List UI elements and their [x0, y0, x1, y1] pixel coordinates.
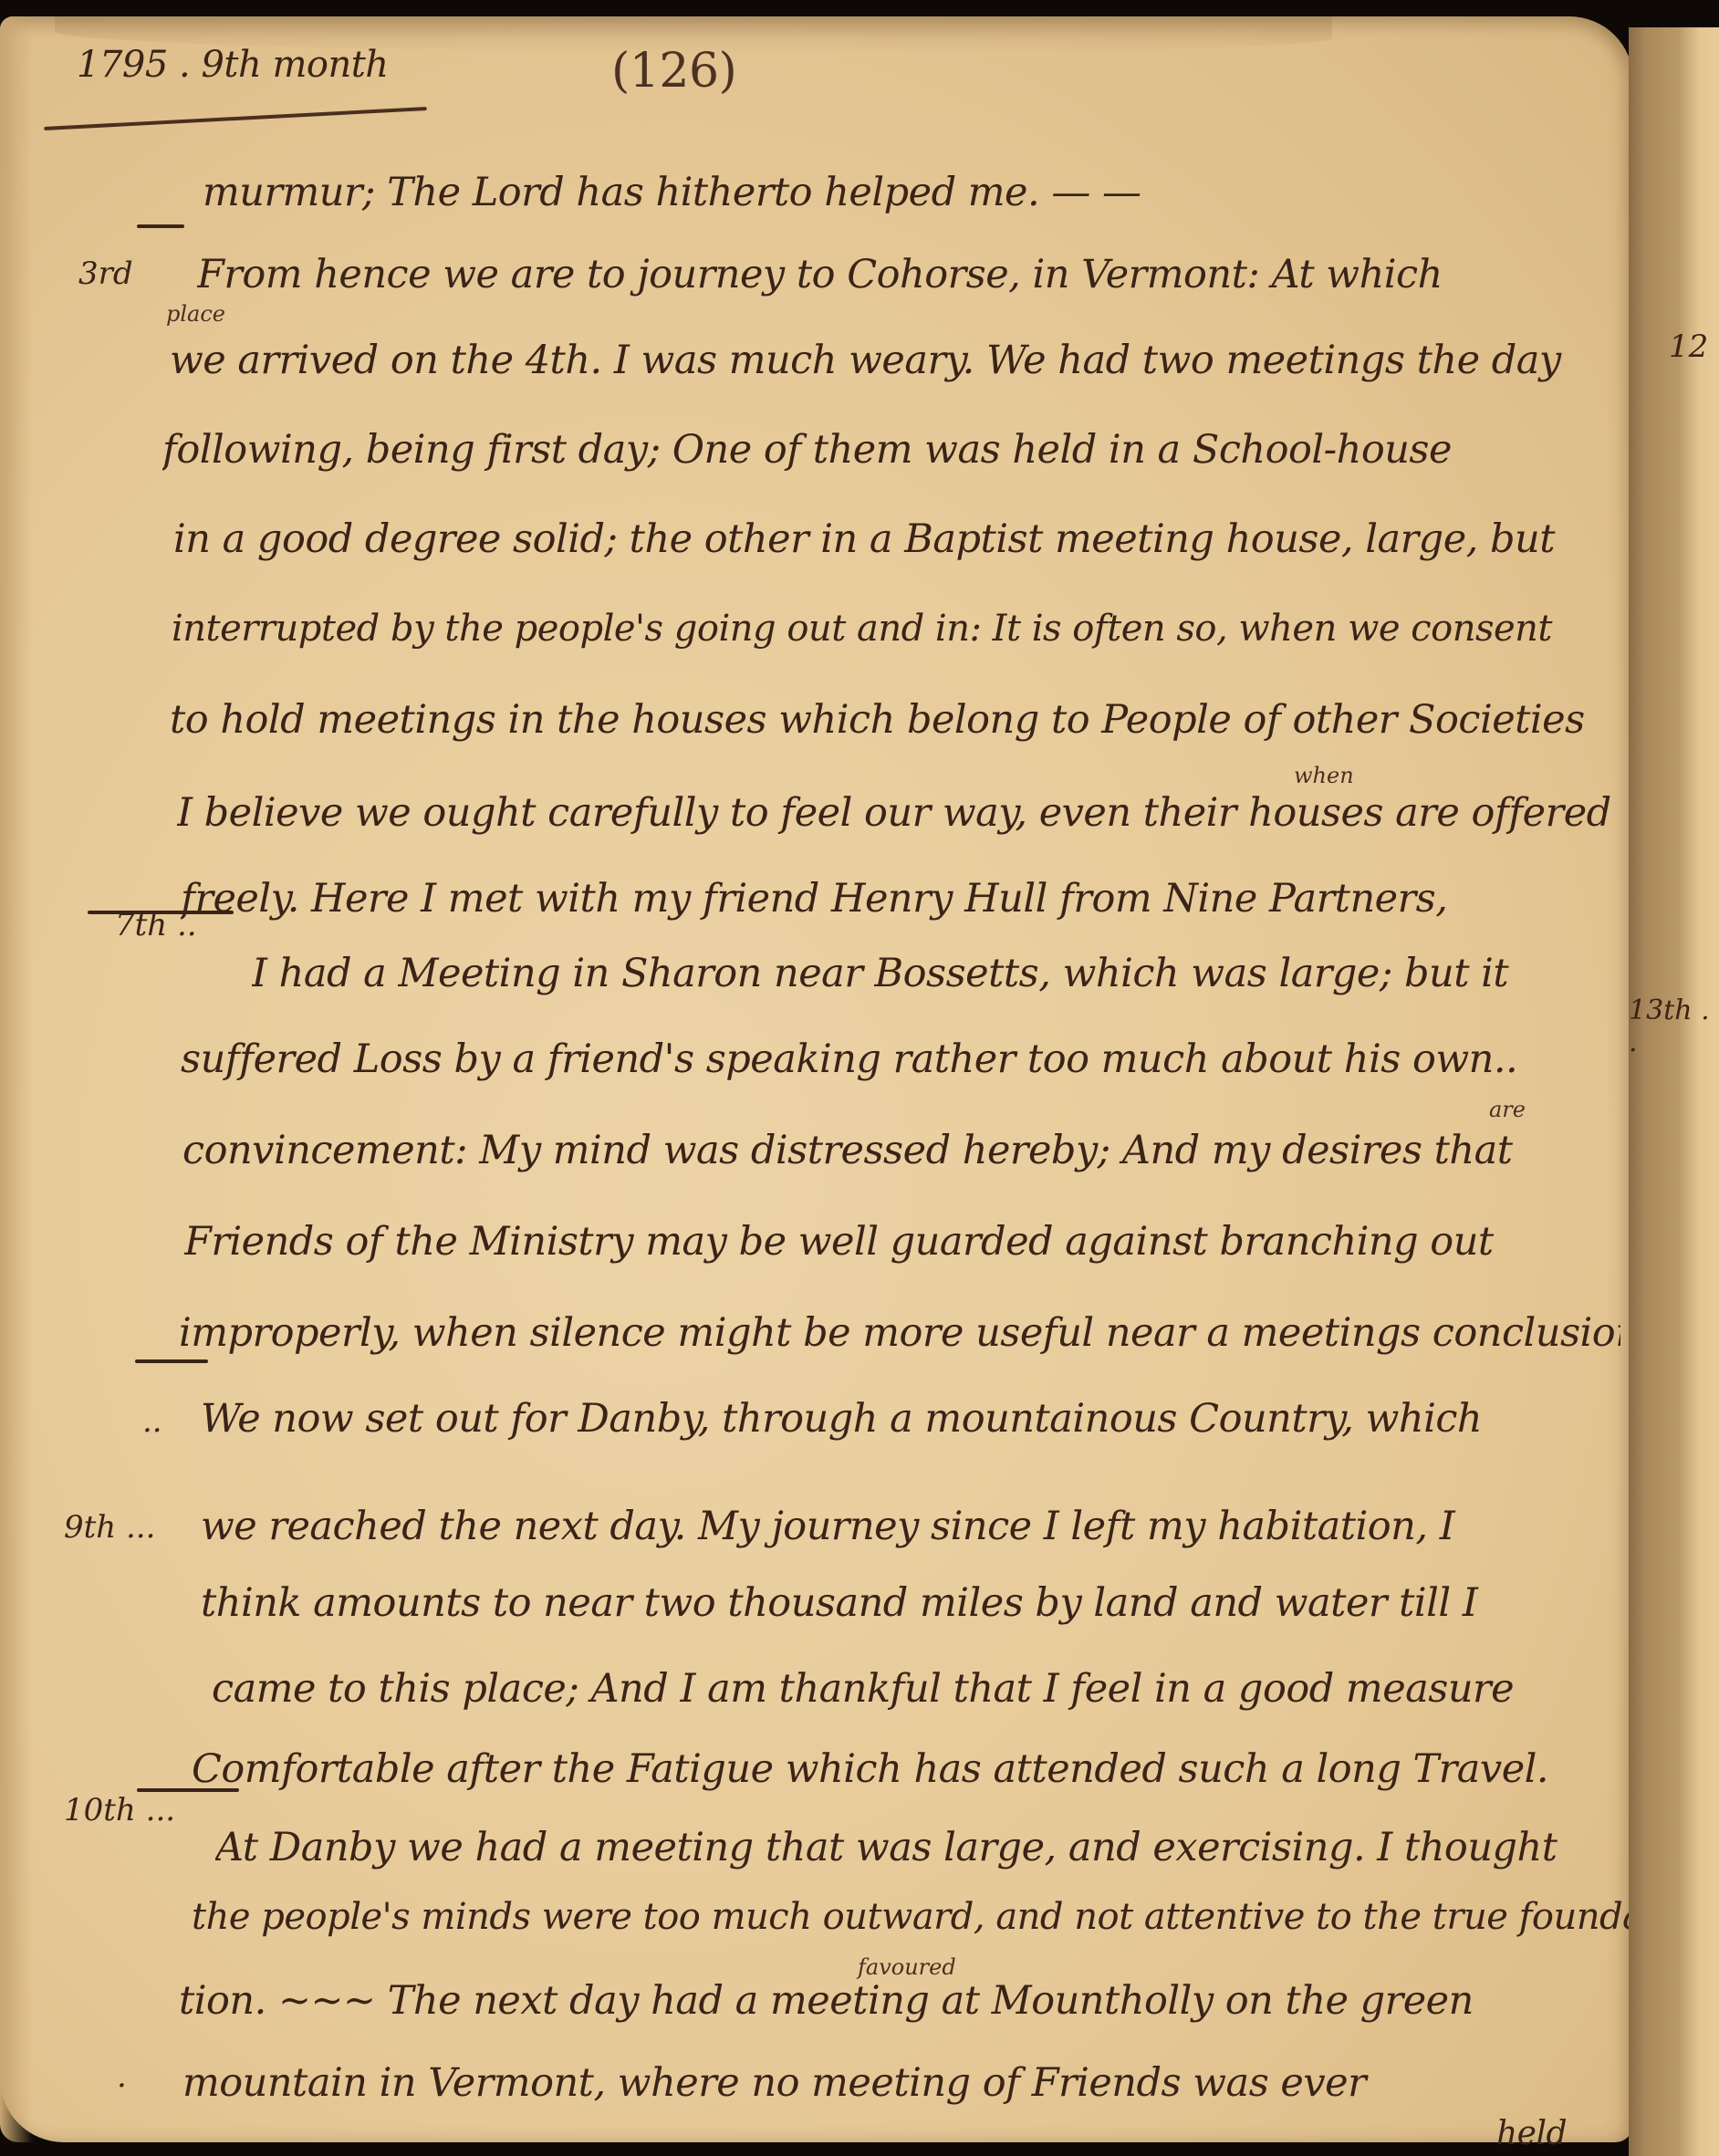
manuscript-line: in a good degree solid; the other in a B…	[173, 516, 1615, 562]
manuscript-line: murmur; The Lord has hitherto helped me.…	[203, 170, 1644, 215]
manuscript-line: the people's minds were too much outward…	[192, 1896, 1633, 1938]
manuscript-line: At Danby we had a meeting that was large…	[215, 1825, 1657, 1870]
entry-separator	[137, 224, 184, 228]
margin-date: ..	[142, 1403, 162, 1440]
manuscript-line: came to this place; And I am thankful th…	[212, 1666, 1653, 1712]
adjacent-margin-date: 13th . .	[1629, 995, 1719, 1058]
manuscript-line: interrupted by the people's going out an…	[172, 608, 1613, 650]
page-number: (126)	[611, 44, 736, 99]
manuscript-line: Comfortable after the Fatigue which has …	[192, 1746, 1633, 1792]
manuscript-line: following, being first day; One of them …	[162, 427, 1604, 473]
entry-separator	[135, 1359, 208, 1363]
interlinear-insertion: favoured	[858, 1954, 956, 1980]
manuscript-line: From hence we are to journey to Cohorse,…	[197, 252, 1639, 297]
manuscript-line: we reached the next day. My journey sinc…	[201, 1504, 1642, 1549]
margin-date: 9th ...	[64, 1509, 155, 1546]
interlinear-insertion: are	[1489, 1097, 1526, 1122]
manuscript-line: held	[1496, 2115, 1606, 2152]
interlinear-insertion: place	[166, 301, 225, 327]
manuscript-line: improperly, when silence might be more u…	[179, 1310, 1620, 1356]
manuscript-line: Friends of the Ministry may be well guar…	[184, 1219, 1626, 1265]
manuscript-line: freely. Here I met with my friend Henry …	[181, 876, 1622, 922]
manuscript-line: suffered Loss by a friend's speaking rat…	[181, 1036, 1622, 1082]
header-underline	[44, 107, 427, 130]
margin-date: 7th ..	[115, 907, 197, 943]
margin-mark: .	[117, 2058, 127, 2095]
manuscript-line: tion. ~~~ The next day had a meeting at …	[179, 1978, 1620, 2024]
manuscript-line: We now set out for Danby, through a moun…	[201, 1396, 1642, 1442]
margin-date: 10th ...	[64, 1792, 175, 1828]
manuscript-photo: 1795 . 9th month (126) murmur; The Lord …	[0, 0, 1719, 2156]
manuscript-line: I believe we ought carefully to feel our…	[177, 790, 1619, 836]
adjacent-page-edge: 12 13th . .	[1629, 27, 1719, 2156]
manuscript-line: mountain in Vermont, where no meeting of…	[182, 2060, 1624, 2106]
manuscript-line: we arrived on the 4th. I was much weary.…	[170, 338, 1611, 383]
manuscript-line: I had a Meeting in Sharon near Bossetts,…	[252, 951, 1693, 996]
interlinear-insertion: when	[1294, 763, 1354, 788]
margin-date: 3rd	[78, 255, 133, 292]
manuscript-line: to hold meetings in the houses which bel…	[170, 697, 1611, 743]
adjacent-page-number: 12	[1669, 328, 1708, 365]
header-date: 1795 . 9th month	[77, 44, 389, 86]
manuscript-line: think amounts to near two thousand miles…	[201, 1580, 1642, 1626]
journal-page: 1795 . 9th month (126) murmur; The Lord …	[0, 16, 1633, 2142]
manuscript-line: convincement: My mind was distressed her…	[182, 1128, 1624, 1173]
